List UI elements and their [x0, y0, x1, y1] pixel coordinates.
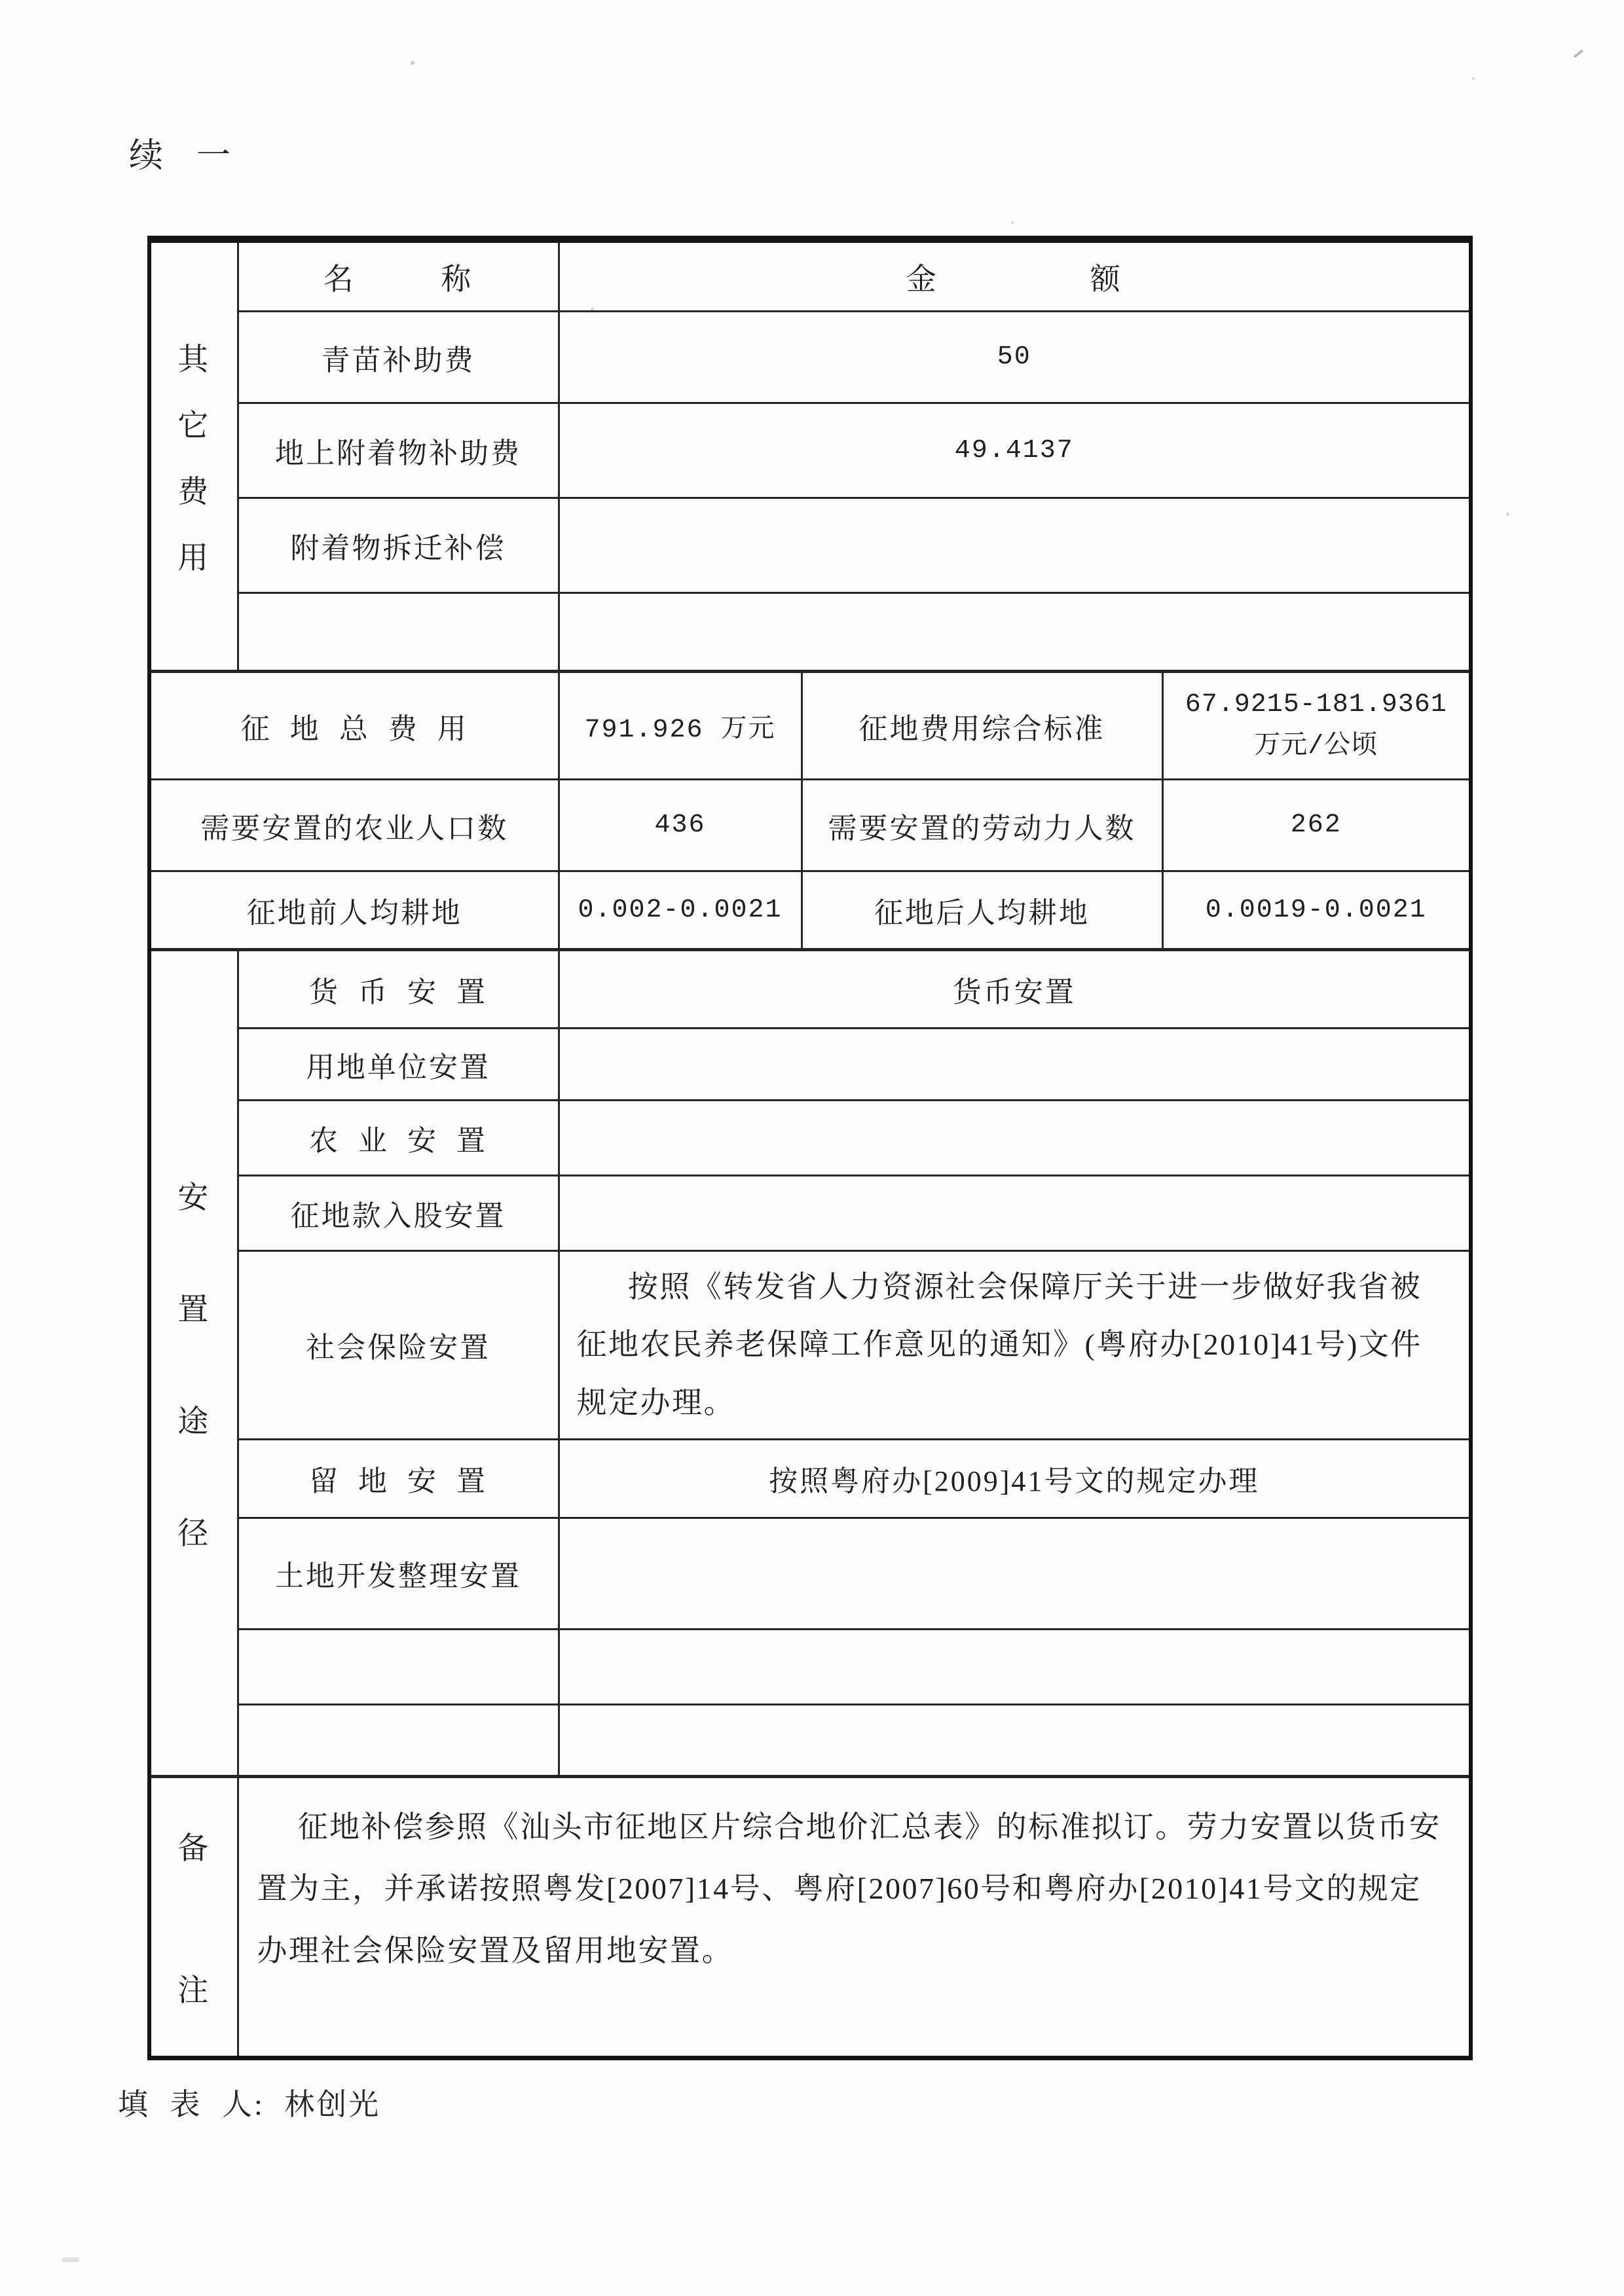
- other-fees-char: 它: [177, 401, 210, 445]
- other-fees-char: 其: [177, 335, 210, 379]
- social-insurance-text: 按照《转发省人力资源社会保障厅关于进一步做好我省被征地农民养老保障工作意见的通知…: [559, 1251, 1471, 1440]
- summary-label-cell: 需要安置的农业人口数: [149, 780, 559, 871]
- resettlement-value-cell: 按照粤府办[2009]41号文的规定办理: [559, 1439, 1471, 1518]
- scan-speck: [411, 61, 415, 65]
- document-page: 续 一 其 它 费 用 名 称 金 额: [0, 0, 1624, 2296]
- remarks-stub: 备 注: [149, 1776, 238, 2058]
- resettlement-value-cell: 货币安置: [559, 950, 1471, 1029]
- resettlement-stub-text: 安 置 途 径: [155, 951, 233, 1775]
- summary-label-cell: 征 地 总 费 用: [149, 672, 559, 780]
- fee-amount-cell: 50: [559, 312, 1471, 403]
- remarks-char: 备: [177, 1824, 210, 1868]
- resettlement-value-cell: [559, 1704, 1471, 1776]
- resettlement-char: 安: [177, 1173, 210, 1217]
- fee-amount-cell: [559, 498, 1471, 593]
- summary-value-cell: 791.926 万元: [559, 672, 802, 780]
- fee-amount-cell: [559, 593, 1471, 672]
- summary-value-cell: 262: [1162, 780, 1471, 871]
- col-header-name: 名 称: [238, 240, 559, 312]
- continuation-label: 续 一: [129, 128, 232, 177]
- resettlement-stub: 安 置 途 径: [149, 950, 238, 1777]
- summary-value-cell: 0.0019-0.0021: [1162, 871, 1471, 950]
- remarks-stub-text: 备 注: [155, 1778, 233, 2056]
- scan-speck: [1011, 221, 1014, 224]
- resettlement-value-cell: [559, 1629, 1471, 1704]
- resettlement-value-cell: [559, 1029, 1471, 1101]
- scan-speck: [62, 2257, 79, 2262]
- resettlement-char: 置: [177, 1285, 210, 1329]
- scan-speck: [1574, 49, 1584, 58]
- fee-amount-cell: 49.4137: [559, 403, 1471, 498]
- resettlement-char: 径: [177, 1509, 210, 1553]
- other-fees-stub: 其 它 费 用: [149, 240, 238, 672]
- resettlement-value-cell: [559, 1518, 1471, 1629]
- scan-speck: [1506, 513, 1509, 516]
- col-header-amount: 金 额: [559, 240, 1471, 312]
- other-fees-char: 用: [177, 534, 210, 577]
- remarks-char: 注: [177, 1966, 210, 2010]
- resettlement-label-cell: 货 币 安 置: [238, 950, 559, 1029]
- resettlement-label-cell: 社会保险安置: [238, 1251, 559, 1440]
- resettlement-label-cell: 土地开发整理安置: [238, 1518, 559, 1629]
- resettlement-label-cell: 留 地 安 置: [238, 1439, 559, 1518]
- scan-speck: [591, 308, 594, 311]
- resettlement-label-cell: 用地单位安置: [238, 1029, 559, 1101]
- scan-speck: [1472, 77, 1475, 80]
- summary-label-cell: 需要安置的劳动力人数: [802, 780, 1162, 871]
- land-acquisition-table: 其 它 费 用 名 称 金 额 青苗补助费 50 地上附着物补助费 49.413…: [147, 236, 1473, 2060]
- other-fees-char: 费: [177, 467, 210, 511]
- fee-name-cell: 青苗补助费: [238, 312, 559, 403]
- resettlement-char: 途: [177, 1397, 210, 1441]
- resettlement-label-cell: 征地款入股安置: [238, 1176, 559, 1251]
- resettlement-label-cell: [238, 1629, 559, 1704]
- summary-value-cell: 67.9215-181.9361 万元/公顷: [1162, 672, 1471, 780]
- fee-name-cell: [238, 593, 559, 672]
- remarks-cell: 征地补偿参照《汕头市征地区片综合地价汇总表》的标准拟订。劳力安置以货币安置为主，…: [238, 1776, 1471, 2058]
- resettlement-value-cell: [559, 1176, 1471, 1251]
- fee-name-cell: 附着物拆迁补偿: [238, 498, 559, 593]
- resettlement-label-cell: [238, 1704, 559, 1776]
- summary-label-cell: 征地费用综合标准: [802, 672, 1162, 780]
- fee-name-cell: 地上附着物补助费: [238, 403, 559, 498]
- summary-value-cell: 0.002-0.0021: [559, 871, 802, 950]
- resettlement-value-cell: [559, 1101, 1471, 1176]
- resettlement-label-cell: 农 业 安 置: [238, 1101, 559, 1176]
- summary-label-cell: 征地后人均耕地: [802, 871, 1162, 950]
- remarks-text: 征地补偿参照《汕头市征地区片综合地价汇总表》的标准拟订。劳力安置以货币安置为主，…: [243, 1778, 1466, 1982]
- summary-label-cell: 征地前人均耕地: [149, 871, 559, 950]
- summary-value-cell: 436: [559, 780, 802, 871]
- other-fees-stub-text: 其 它 费 用: [155, 243, 233, 670]
- form-filler-line: 填 表 人: 林创光: [118, 2081, 380, 2124]
